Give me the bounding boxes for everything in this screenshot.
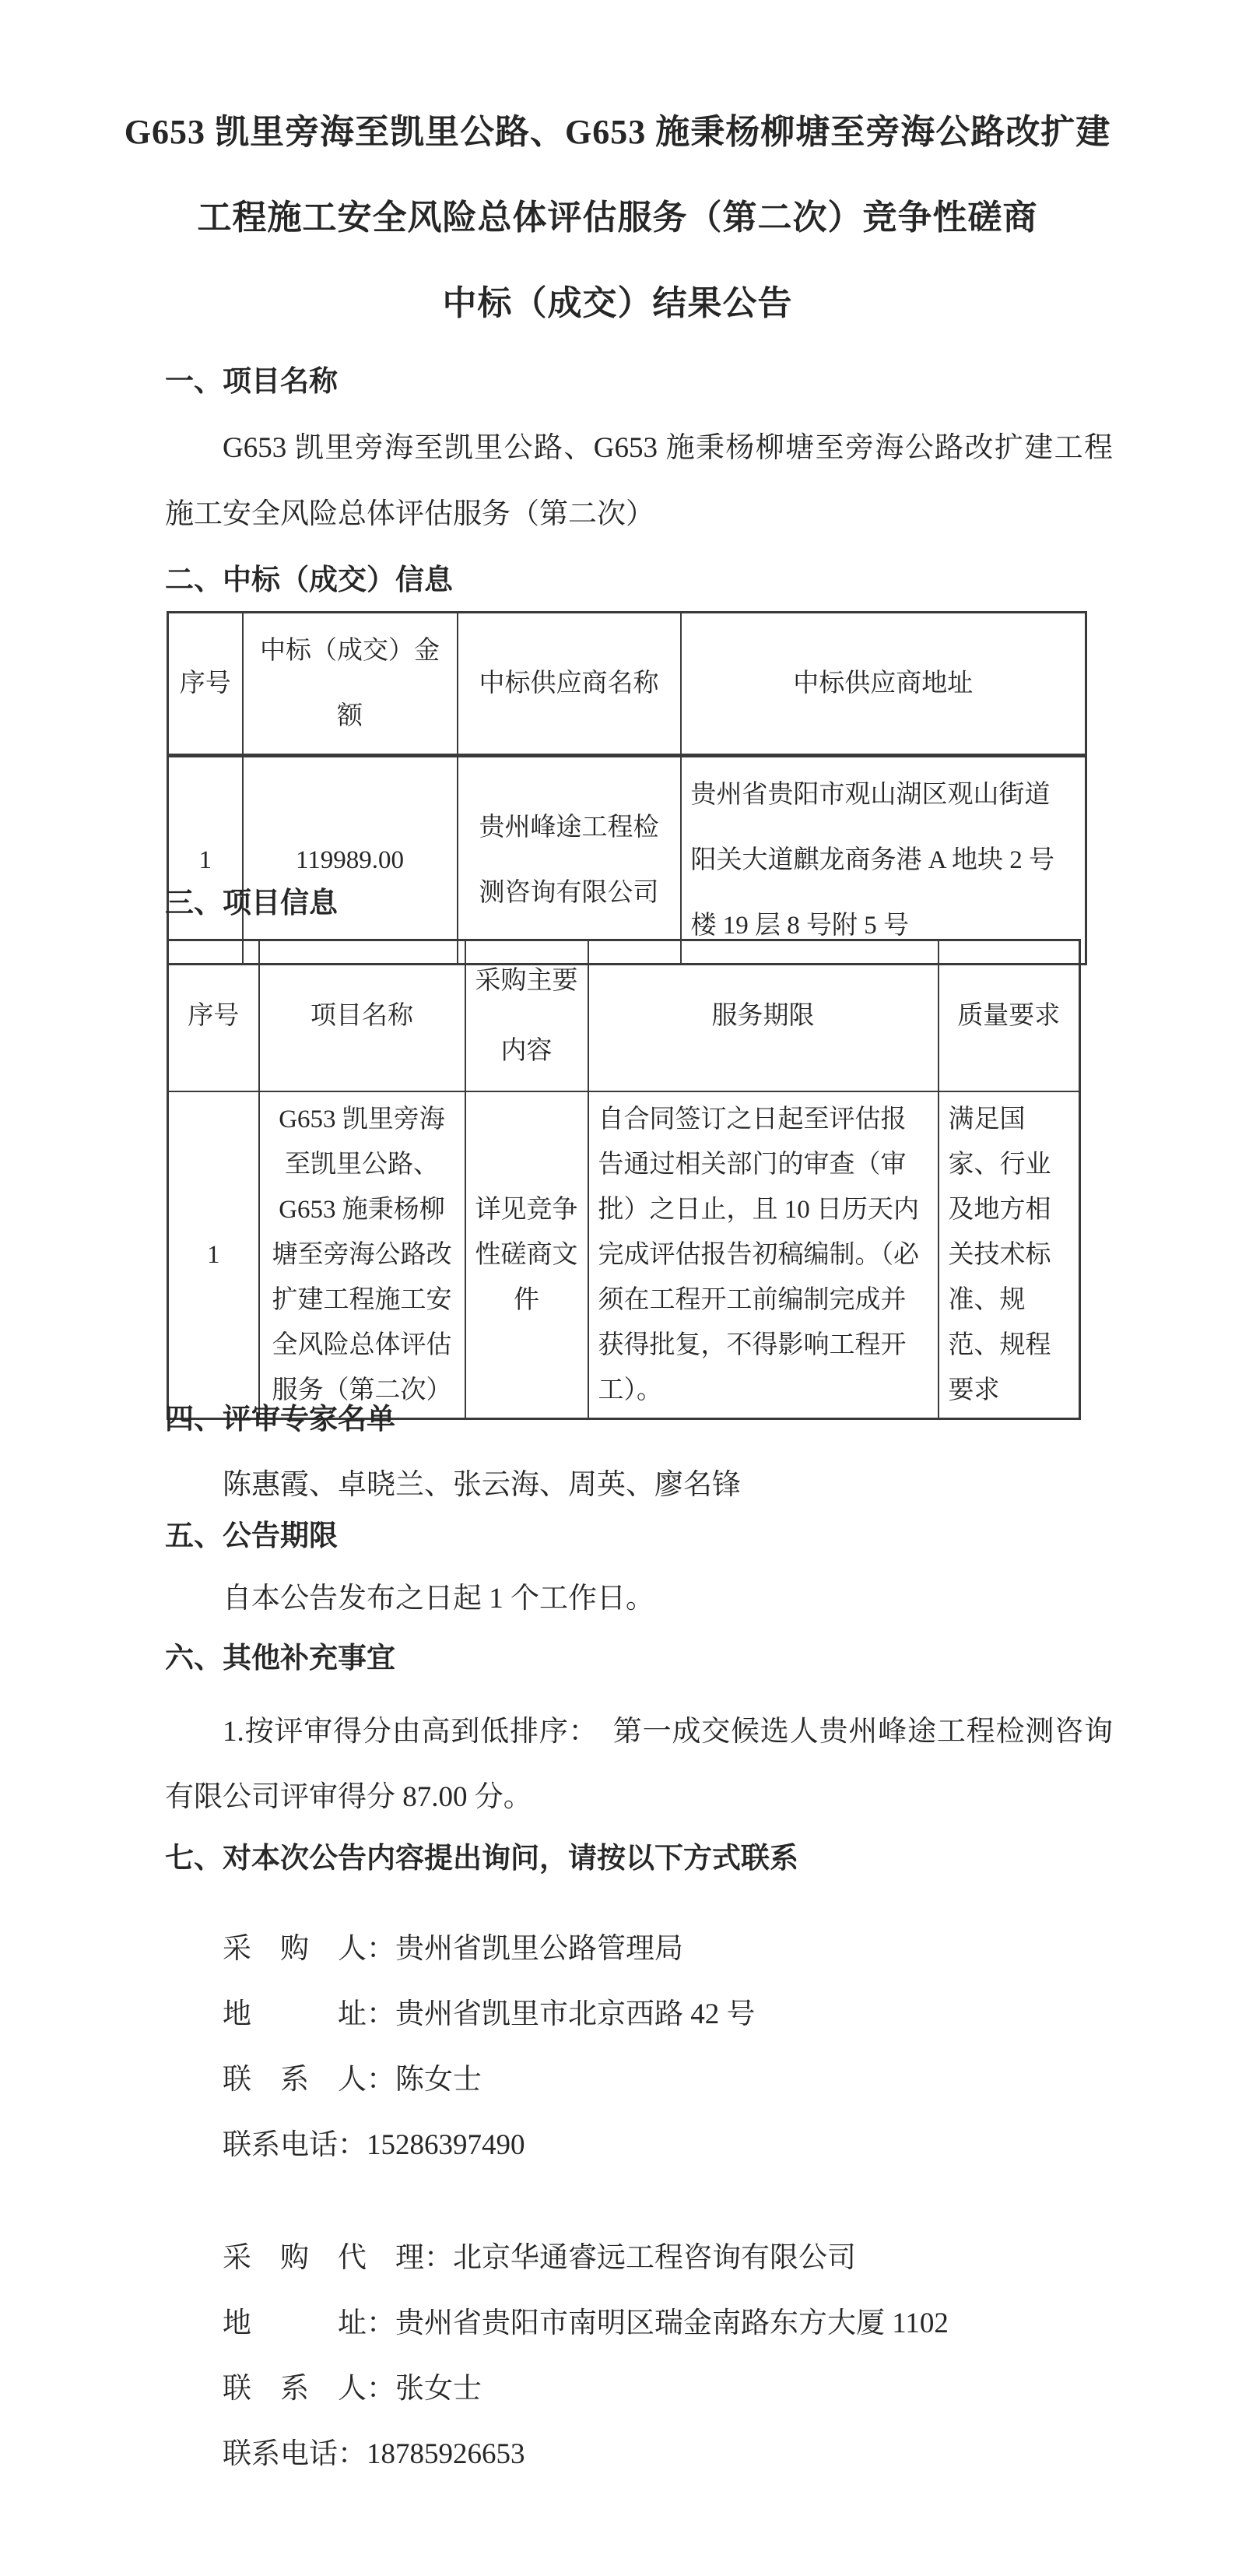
project-cell-period: 自合同签订之日起至评估报告通过相关部门的审查（审批）之日止，且 10 日历天内完…	[588, 1091, 939, 1419]
project-table-row: 1 G653 凯里旁海至凯里公路、G653 施秉杨柳塘至旁海公路改扩建工程施工安…	[168, 1091, 1080, 1419]
section-heading-experts: 四、评审专家名单	[165, 1386, 395, 1453]
award-header-supplier: 中标供应商名称	[458, 613, 681, 756]
section-heading-project-info: 三、项目信息	[165, 870, 338, 937]
project-header-quality: 质量要求	[939, 940, 1080, 1092]
project-header-name: 项目名称	[259, 940, 465, 1092]
project-cell-name: G653 凯里旁海至凯里公路、G653 施秉杨柳塘至旁海公路改扩建工程施工安全风…	[259, 1091, 465, 1419]
buyer-phone-line: 联系电话：15286397490	[223, 2112, 525, 2178]
section-heading-inquiry: 七、对本次公告内容提出询问，请按以下方式联系	[165, 1826, 798, 1892]
award-cell-address: 贵州省贵阳市观山湖区观山街道阳关大道麒龙商务港 A 地块 2 号楼 19 层 8…	[681, 756, 1086, 965]
project-header-period: 服务期限	[588, 940, 939, 1092]
project-name-paragraph: G653 凯里旁海至凯里公路、G653 施秉杨柳塘至旁海公路改扩建工程施工安全风…	[165, 415, 1113, 547]
project-table: 序号 项目名称 采购主要内容 服务期限 质量要求 1 G653 凯里旁海至凯里公…	[167, 939, 1081, 1420]
project-header-content: 采购主要内容	[465, 940, 588, 1092]
document-title-line-2: 工程施工安全风险总体评估服务（第二次）竞争性磋商	[0, 175, 1235, 261]
agent-name-line: 采 购 代 理：北京华通睿远工程咨询有限公司	[223, 2225, 856, 2291]
buyer-contact-line: 联 系 人：陈女士	[223, 2047, 482, 2113]
section-heading-project-name: 一、项目名称	[165, 349, 338, 415]
notice-period-text: 自本公告发布之日起 1 个工作日。	[223, 1566, 654, 1632]
award-table-header-row: 序号 中标（成交）金额 中标供应商名称 中标供应商地址	[168, 613, 1086, 756]
project-cell-content: 详见竞争性磋商文件	[465, 1091, 588, 1419]
agent-address-line: 地 址：贵州省贵阳市南明区瑞金南路东方大厦 1102	[223, 2290, 949, 2356]
section-heading-supplement: 六、其他补充事宜	[165, 1625, 395, 1692]
agent-contact-line: 联 系 人：张女士	[223, 2356, 482, 2422]
project-cell-seq: 1	[168, 1091, 259, 1419]
document-title-line-3: 中标（成交）结果公告	[0, 261, 1235, 346]
project-cell-quality: 满足国家、行业及地方相关技术标准、规范、规程要求	[939, 1091, 1080, 1419]
buyer-address-line: 地 址：贵州省凯里市北京西路 42 号	[223, 1981, 756, 2047]
section-heading-award-info: 二、中标（成交）信息	[165, 547, 453, 613]
award-cell-supplier: 贵州峰途工程检测咨询有限公司	[458, 756, 681, 965]
project-header-seq: 序号	[168, 940, 259, 1092]
supplement-paragraph: 1.按评审得分由高到低排序： 第一成交候选人贵州峰途工程检测咨询有限公司评审得分…	[165, 1699, 1113, 1830]
agent-phone-line: 联系电话：18785926653	[223, 2421, 525, 2487]
buyer-name-line: 采 购 人：贵州省凯里公路管理局	[223, 1916, 683, 1982]
award-header-seq: 序号	[168, 613, 243, 756]
document-title-line-1: G653 凯里旁海至凯里公路、G653 施秉杨柳塘至旁海公路改扩建	[0, 90, 1235, 175]
project-table-header-row: 序号 项目名称 采购主要内容 服务期限 质量要求	[168, 940, 1080, 1092]
announcement-document: G653 凯里旁海至凯里公路、G653 施秉杨柳塘至旁海公路改扩建 工程施工安全…	[0, 0, 1235, 2576]
award-header-address: 中标供应商地址	[681, 613, 1086, 756]
award-header-amount: 中标（成交）金额	[243, 613, 458, 756]
section-heading-notice-period: 五、公告期限	[165, 1503, 338, 1569]
document-title: G653 凯里旁海至凯里公路、G653 施秉杨柳塘至旁海公路改扩建 工程施工安全…	[0, 90, 1235, 346]
